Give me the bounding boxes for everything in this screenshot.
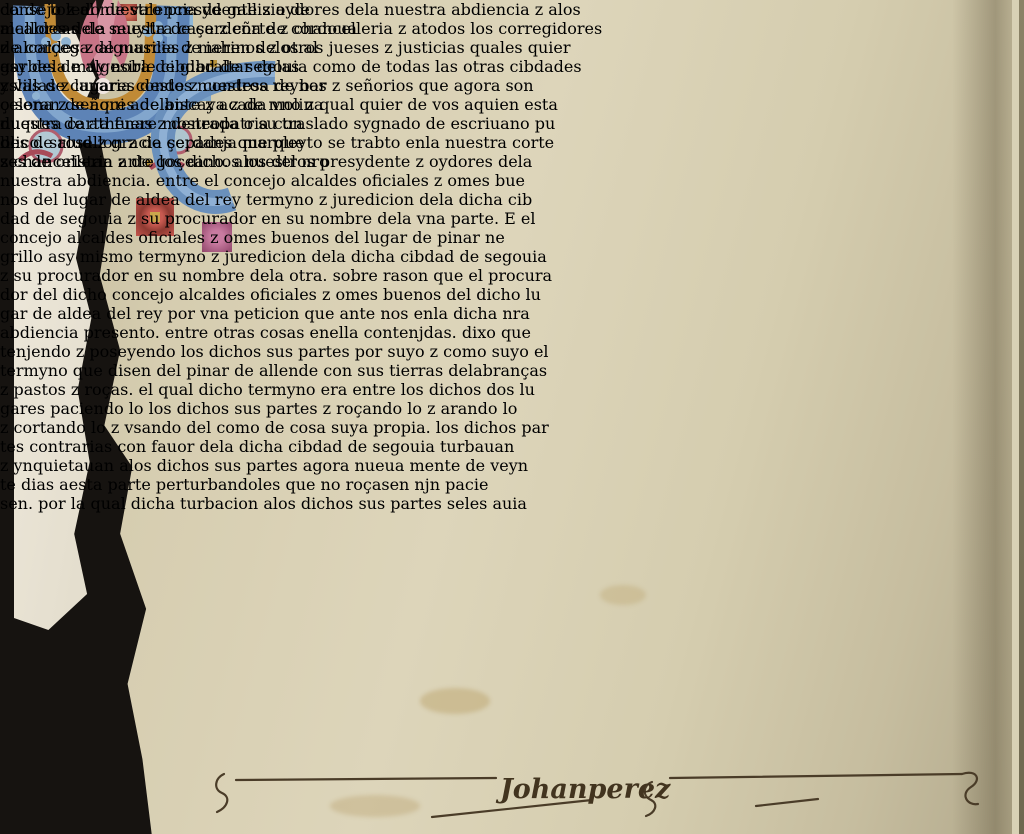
body-text-block: consejo z al nuestro presydente z oydore… bbox=[0, 0, 602, 513]
manuscript-line: dad de segouia z su procurador en su nom… bbox=[0, 209, 602, 228]
manuscript-line: z alcaldes z alguasiles z merinos z otro… bbox=[0, 38, 602, 57]
manuscript-line: asy dela muy noble cibdad de segouia com… bbox=[0, 57, 602, 76]
manuscript-line: z cortando lo z vsando del como de cosa … bbox=[0, 418, 602, 437]
manuscript-line: sen. por la qual dicha turbacion alos di… bbox=[0, 494, 602, 513]
signature-text: Johanperez bbox=[495, 774, 671, 805]
manuscript-line: z su procurador en su nombre dela otra. … bbox=[0, 266, 602, 285]
right-edge-strip bbox=[1019, 0, 1024, 834]
manuscript-line: termyno que disen del pinar de allende c… bbox=[0, 361, 602, 380]
manuscript-line: z chancelleria ante los dichos nuestros … bbox=[0, 152, 602, 171]
manuscript-screenshot: da de toledo de valencia de gallisia dem… bbox=[0, 0, 1024, 834]
manuscript-line: te dias aesta parte perturbandoles que n… bbox=[0, 475, 602, 494]
manuscript-line: z pastos z roças. el qual dicho termyno … bbox=[0, 380, 602, 399]
manuscript-line: tes contrarias con fauor dela dicha cibd… bbox=[0, 437, 602, 456]
manuscript-line: nos del lugar de aldea del rey termyno z… bbox=[0, 190, 602, 209]
manuscript-line: z ynquietauan alos dichos sus partes ago… bbox=[0, 456, 602, 475]
manuscript-line: nuestra abdiencia. entre el concejo alca… bbox=[0, 171, 602, 190]
page-curve-shadow bbox=[952, 0, 1014, 834]
manuscript-line: o seran de aqui adelante z acada vno z q… bbox=[0, 95, 602, 114]
manuscript-line: grillo asy mismo termyno z juredicion de… bbox=[0, 247, 602, 266]
manuscript-line: gares paciendo lo los dichos sus partes … bbox=[0, 399, 602, 418]
manuscript-line: z villas z lugares destos nuestros reyno… bbox=[0, 76, 602, 95]
parchment-stain bbox=[420, 688, 490, 714]
manuscript-line: tenjendo z poseyendo los dichos sus part… bbox=[0, 342, 602, 361]
notary-signature: Johanperez bbox=[200, 758, 1000, 820]
manuscript-line: gar de aldea del rey por vna peticion qu… bbox=[0, 304, 602, 323]
manuscript-line: blico. salud z gracia sepades que pleyto… bbox=[0, 133, 602, 152]
manuscript-line: consejo z al nuestro presydente z oydore… bbox=[0, 0, 602, 19]
manuscript-line: alcaldes dela nuestra casa z corte z cha… bbox=[0, 19, 602, 38]
manuscript-line: nuestra carta fuere mostrada o su trasla… bbox=[0, 114, 602, 133]
manuscript-line: concejo alcaldes oficiales z omes buenos… bbox=[0, 228, 602, 247]
manuscript-line: dor del dicho concejo alcaldes oficiales… bbox=[0, 285, 602, 304]
parchment-stain bbox=[600, 585, 646, 605]
manuscript-line: abdiencia presento. entre otras cosas en… bbox=[0, 323, 602, 342]
